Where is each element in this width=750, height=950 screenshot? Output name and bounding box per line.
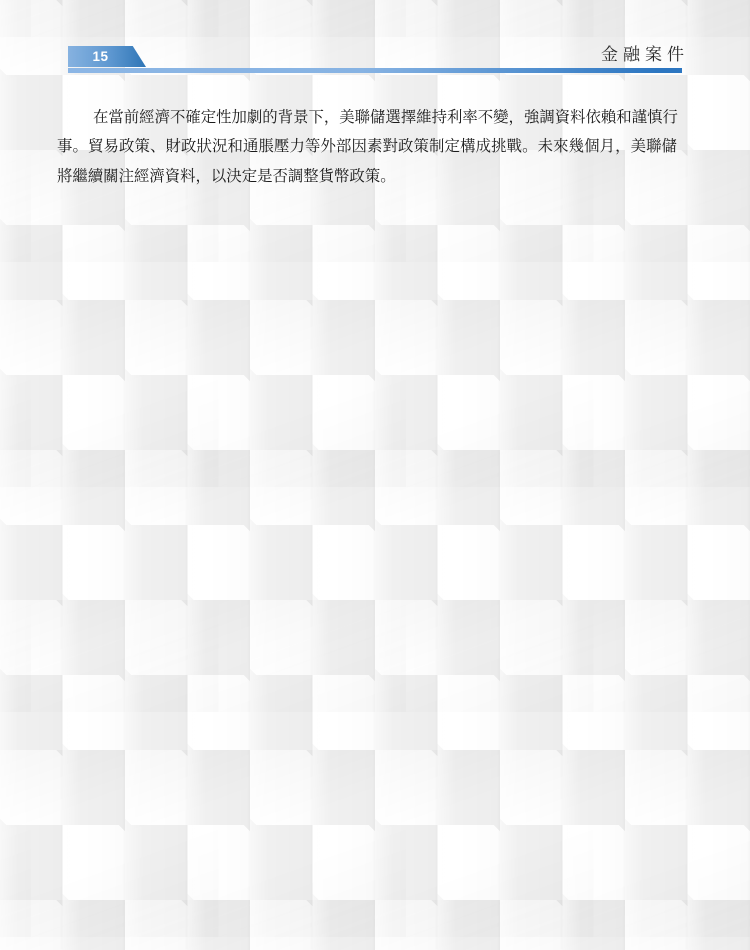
body-paragraph: 在當前經濟不確定性加劇的背景下，美聯儲選擇維持利率不變，強調資料依賴和謹慎行 事… [57,103,677,191]
body-line: 將繼續關注經濟資料，以決定是否調整貨幣政策。 [57,162,677,191]
body-line: 在當前經濟不確定性加劇的背景下，美聯儲選擇維持利率不變，強調資料依賴和謹慎行 [57,103,677,132]
page-number: 15 [92,50,108,64]
page-number-badge: 15 [68,46,146,67]
header-rule [68,68,682,73]
document-page: 15 金融案件 在當前經濟不確定性加劇的背景下，美聯儲選擇維持利率不變，強調資料… [0,0,750,950]
header-title: 金融案件 [601,45,689,64]
body-line: 事。貿易政策、財政狀況和通脹壓力等外部因素對政策制定構成挑戰。未來幾個月，美聯儲 [57,132,677,161]
